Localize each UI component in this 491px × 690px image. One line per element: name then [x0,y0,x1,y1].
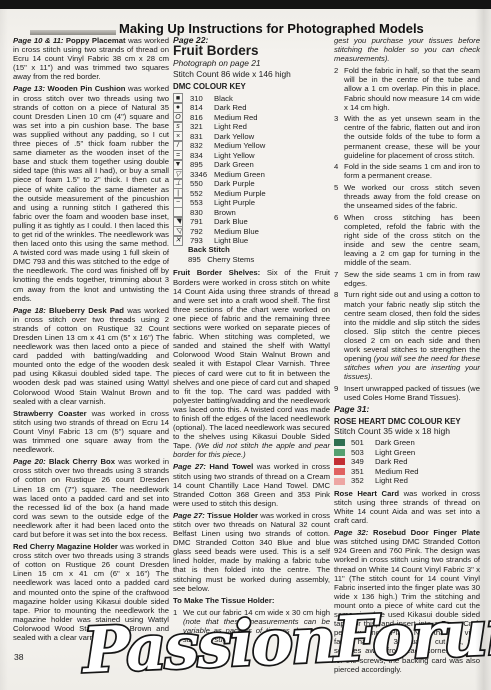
model-name: Rosebud Door Finger Plate [373,528,480,537]
colour-swatch [334,439,345,446]
page-ref: Page 27: [173,462,206,471]
thread-name: Dark Green [214,160,330,169]
step-number: 9 [334,384,344,402]
backstitch-row: 895 Cherry Stems [188,255,330,265]
thread-code: 552 [190,189,214,198]
step-text: Insert unwrapped packed of tissues (we u… [344,384,480,402]
photo-reference: Photograph on page 21 [173,59,330,68]
step-number: 4 [334,162,344,180]
colour-key-title: DMC COLOUR KEY [173,82,330,91]
thread-name: Light Purple [214,198,330,207]
step-number: 1 [173,608,183,644]
thread-code: 895 [190,160,214,169]
page-ref: Page 10 & 11: [13,36,63,45]
thread-code: 349 [351,457,375,466]
thread-code: 791 [190,217,214,226]
thread-code: 503 [351,448,375,457]
model-name: Black Cherry Box [49,457,115,466]
step-number: 3 [334,114,344,159]
numbered-step: 3With the as yet unsewn seam in the cent… [334,114,480,159]
thread-name: Medium Green [214,170,330,179]
stitch-symbol-icon: O [173,112,183,122]
thread-code: 321 [190,122,214,131]
rose-colour-key: 501Dark Green 503Light Green 349Dark Red… [334,438,480,486]
page-ref: Page 32: [334,528,368,537]
stitch-symbol-icon: s [173,122,183,132]
key-row: ◥791Dark Blue [173,217,330,227]
instruction-paragraph: Page 20: Black Cherry Box was worked in … [13,457,169,539]
middle-column: Page 22: Fruit Borders Photograph on pag… [173,36,330,647]
stitch-symbol-icon: / [173,141,183,151]
magazine-page: Making Up Instructions for Photographed … [0,0,491,690]
key-row: ✕793Light Blue [173,236,330,246]
key-row: =834Light Yellow [173,150,330,160]
header-rule [30,30,116,35]
model-name: Tissue Holder [207,511,258,520]
thread-code: 550 [190,179,214,188]
thread-code: 834 [190,151,214,160]
stitch-symbol-icon: ▼ [173,160,183,170]
key-row: 349Dark Red [334,457,480,467]
key-row: 501Dark Green [334,438,480,448]
step-number: 7 [334,270,344,288]
right-column: gest you purchase your tissues before st… [334,36,480,677]
stitch-symbol-icon: | [173,188,183,198]
thread-name: Light Blue [214,236,330,245]
howto-title: To Make The Tissue Holder: [173,596,330,605]
instruction-paragraph: Page 18: Blueberry Desk Pad was worked i… [13,306,169,406]
page-ref: Page 31: [334,405,480,414]
model-name: Red Cherry Magazine Holder [13,542,118,551]
paragraph-text: was worked in cross stitch over two thre… [13,306,169,406]
page-ref: Page 27: [173,511,205,520]
numbered-step: 7Sew the side seams 1 cm in from raw edg… [334,270,480,288]
instruction-paragraph: Page 27: Hand Towel was worked in cross … [173,462,330,507]
rose-key-title: ROSE HEART DMC COLOUR KEY [334,417,480,426]
left-column: Page 10 & 11: Poppy Placemat was worked … [13,36,169,645]
thread-code: 310 [190,94,214,103]
thread-name: Dark Red [375,457,480,466]
thread-name: Dark Green [375,438,480,447]
model-name: Rose Heart Card [334,489,399,498]
thread-name: Brown [214,208,330,217]
numbered-step: 8Turn right side out and using a cotton … [334,290,480,381]
key-row: −553Light Purple [173,198,330,208]
instruction-paragraph: Page 32: Rosebud Door Finger Plate was s… [334,528,480,674]
step-text: Fold in the side seams 1 cm and iron to … [344,162,480,180]
paragraph-text: was worked in cross stitch over two thre… [13,542,169,642]
step-text: We cut our fabric 14 cm wide x 30 cm hig… [183,608,330,644]
key-row: ●814Dark Red [173,103,330,113]
thread-name: Medium Red [214,113,330,122]
thread-name: Light Red [375,476,480,485]
step-text: Fold the fabric in half, so that the sea… [344,66,480,111]
stitch-symbol-icon: ● [173,103,183,113]
stitch-symbol-icon [173,207,183,217]
model-name: Wooden Pin Cushion [48,84,126,93]
page-ref: Page 13: [13,84,45,93]
key-row: /832Medium Yellow [173,141,330,151]
key-row: ■310Black [173,93,330,103]
instruction-paragraph: Rose Heart Card was worked in cross stit… [334,489,480,525]
instruction-paragraph: Strawberry Coaster was worked in cross s… [13,409,169,454]
thread-name: Cherry Stems [207,255,254,264]
thread-name: Medium Yellow [214,141,330,150]
paragraph-text: was worked in cross stitch over two thre… [13,457,169,539]
design-title: Fruit Borders [173,46,330,55]
thread-code: 792 [190,227,214,236]
thread-name: Light Red [214,122,330,131]
colour-swatch [334,458,345,465]
thread-code: 793 [190,236,214,245]
instruction-paragraph: Red Cherry Magazine Holder was worked in… [13,542,169,642]
page-left-edge [0,9,8,690]
numbered-step: 1 We cut our fabric 14 cm wide x 30 cm h… [173,608,330,644]
thread-code: 501 [351,438,375,447]
model-name: Strawberry Coaster [13,409,87,418]
thread-code: 831 [190,132,214,141]
key-row: |552Medium Purple [173,188,330,198]
step-number: 2 [334,66,344,111]
numbered-step: 5We worked our cross stitch seven thread… [334,183,480,210]
thread-name: Light Yellow [214,151,330,160]
thread-name: Dark Purple [214,179,330,188]
thread-code: 3346 [190,170,214,179]
backstitch-label: Back Stitch [188,245,330,255]
thread-name: Light Green [375,448,480,457]
key-row: 351Medium Red [334,467,480,477]
key-row: ×831Dark Yellow [173,131,330,141]
step-number: 5 [334,183,344,210]
thread-name: Dark Blue [214,217,330,226]
stitch-count: Stitch Count 86 wide x 146 high [173,70,330,79]
paragraph-text: Six of the Fruit Borders were worked in … [173,268,330,450]
thread-code: 895 [188,255,201,264]
model-name: Fruit Border Shelves: [173,268,260,277]
stitch-symbol-icon: ◥ [173,217,183,227]
thread-name: Dark Yellow [214,132,330,141]
key-row: 352Light Red [334,476,480,486]
paragraph-note: (We did not stitch the apple and pear bo… [173,441,330,459]
thread-name: Medium Red [375,467,480,476]
key-row: ▽3346Medium Green [173,169,330,179]
stitch-symbol-icon: ✕ [173,236,183,246]
numbered-step: 2Fold the fabric in half, so that the se… [334,66,480,111]
instruction-paragraph: Fruit Border Shelves: Six of the Fruit B… [173,268,330,459]
key-row: ◹792Medium Blue [173,226,330,236]
colour-swatch [334,468,345,475]
page-title: Making Up Instructions for Photographed … [119,21,479,36]
key-row: O816Medium Red [173,112,330,122]
instruction-paragraph: Page 10 & 11: Poppy Placemat was worked … [13,36,169,81]
thread-name: Dark Red [214,103,330,112]
thread-code: 553 [190,198,214,207]
stitch-symbol-icon: ▽ [173,169,183,179]
stitch-symbol-icon: − [173,198,183,208]
colour-swatch [334,478,345,485]
thread-code: 816 [190,113,214,122]
key-row: 830Brown [173,207,330,217]
step-text: With the as yet unsewn seam in the centr… [344,114,480,159]
step-text: When cross stitching has been completed,… [344,213,480,268]
step-text: Turn right side out and using a cotton t… [344,290,480,381]
stitch-symbol-icon: ⊥ [173,179,183,189]
step-number: 6 [334,213,344,268]
key-row: ⊥550Dark Purple [173,179,330,189]
stitch-symbol-icon: ◹ [173,226,183,236]
numbered-step: 9Insert unwrapped packed of tissues (we … [334,384,480,402]
page-right-edge [475,9,491,690]
instruction-paragraph: Page 27: Tissue Holder was worked in cro… [173,511,330,593]
step-text: Sew the side seams 1 cm in from raw edge… [344,270,480,288]
continuation-text: gest you purchase your tissues before st… [334,36,480,63]
numbered-step: 4Fold in the side seams 1 cm and iron to… [334,162,480,180]
thread-code: 830 [190,208,214,217]
model-name: Poppy Placemat [66,36,126,45]
dmc-colour-key: ■310Black ●814Dark Red O816Medium Red s3… [173,93,330,264]
page-ref: Page 20: [13,457,46,466]
key-row: s321Light Red [173,122,330,132]
instruction-paragraph: Page 13: Wooden Pin Cushion was worked i… [13,84,169,302]
numbered-step: 6When cross stitching has been completed… [334,213,480,268]
paragraph-text: was worked in cross stitch over two thre… [173,511,330,593]
thread-name: Black [214,94,330,103]
stitch-symbol-icon: × [173,131,183,141]
paragraph-text: was worked in cross stitch over two thre… [13,84,169,302]
thread-code: 814 [190,103,214,112]
rose-stitch-count: Stitch Count 35 wide x 18 high [334,427,480,436]
page-ref: Page 18: [13,306,46,315]
step-number: 8 [334,290,344,381]
thread-name: Medium Blue [214,227,330,236]
stitch-symbol-icon: ■ [173,93,183,103]
scan-top-edge [0,0,491,9]
key-row: 503Light Green [334,447,480,457]
page-number: 38 [14,652,24,662]
model-name: Hand Towel [209,462,253,471]
thread-name: Medium Purple [214,189,330,198]
thread-code: 352 [351,476,375,485]
stitch-symbol-icon: = [173,150,183,160]
paragraph-text: was stitched using DMC Stranded Cotton 9… [334,537,480,673]
key-row: ▼895Dark Green [173,160,330,170]
thread-code: 351 [351,467,375,476]
thread-code: 832 [190,141,214,150]
step-text: We worked our cross stitch seven threads… [344,183,480,210]
colour-swatch [334,449,345,456]
model-name: Blueberry Desk Pad [49,306,124,315]
